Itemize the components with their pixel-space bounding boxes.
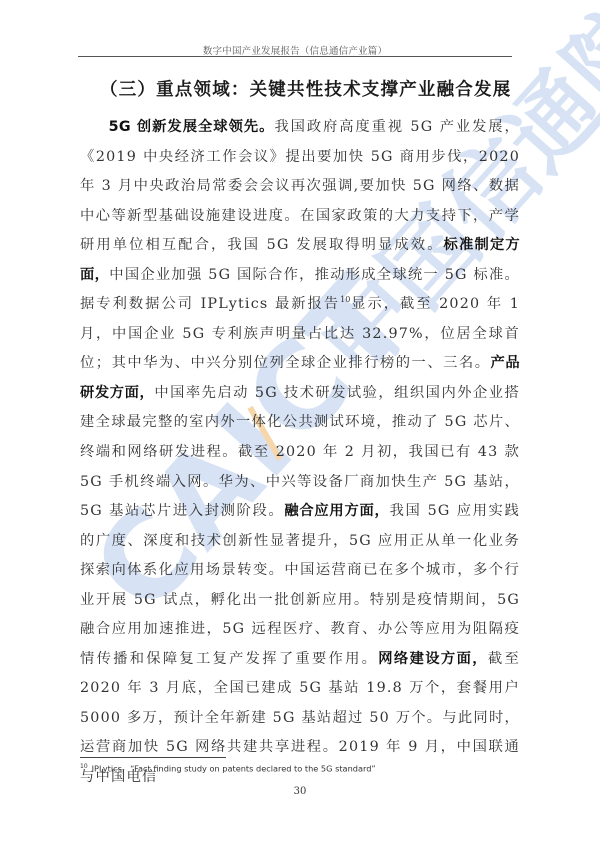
body-paragraph: 5G 创新发展全球领先。我国政府高度重视 5G 产业发展，《2019 中央经济工…	[80, 113, 520, 793]
inline-heading-network: 网络建设方面，	[378, 651, 488, 667]
text-run: 我国 5G 应用实践的广度、深度和技术创新性显著提升，5G 应用正从单一化业务探…	[80, 503, 520, 667]
section-title: （三）重点领域：关键共性技术支撑产业融合发展	[100, 76, 520, 101]
text-run: 我国政府高度重视 5G 产业发展，《2019 中央经济工作会议》提出要加快 5G…	[80, 119, 520, 253]
running-header: 数字中国产业发展报告（信息通信产业篇）	[78, 43, 512, 57]
lead-heading: 5G 创新发展全球领先。	[109, 119, 275, 135]
header-divider	[78, 56, 512, 57]
footnote-text: IPLytics，“Fact finding study on patents …	[92, 764, 376, 774]
page-number: 30	[0, 786, 600, 797]
text-run: 中国率先启动 5G 技术研发试验，组织国内外企业搭建全球最完整的室内外一体化公共…	[80, 385, 520, 519]
footnote-reference[interactable]: 10	[340, 296, 350, 305]
footnote-number: 10	[80, 763, 88, 770]
footnote-divider	[80, 757, 226, 758]
inline-heading-application: 融合应用方面，	[284, 503, 389, 519]
document-page: 数字中国产业发展报告（信息通信产业篇） （三）重点领域：关键共性技术支撑产业融合…	[0, 0, 600, 848]
footnote: 10IPLytics，“Fact finding study on patent…	[80, 763, 520, 775]
